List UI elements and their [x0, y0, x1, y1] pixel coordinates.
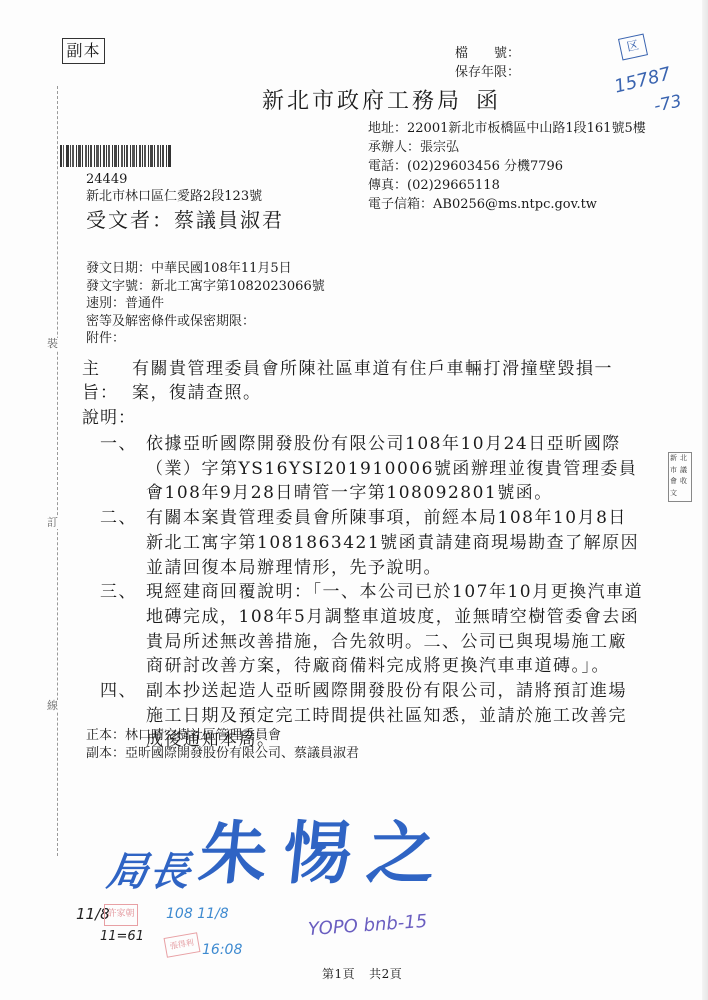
binding-mark-xian: 線: [47, 700, 58, 712]
item-number: 三、: [100, 580, 146, 679]
issue-date: 發文日期：中華民國108年11月5日: [86, 260, 325, 278]
handwritten-box-mark: 区: [618, 34, 648, 61]
retention-period-label: 保存年限：: [455, 63, 520, 82]
explanation-item: 三、 現經建商回覆說明：「一、本公司已於107年10月更換汽車道地磚完成，108…: [100, 580, 660, 679]
binding-line: [57, 86, 58, 856]
stamp-char: 市: [670, 466, 680, 478]
copy-mark-box: 副本: [62, 38, 105, 64]
phone-number: 電話：(02)29603456 分機7796: [368, 157, 646, 176]
page-number: 第1頁共2頁: [322, 965, 402, 982]
subject-label: 主旨：: [82, 357, 132, 405]
council-receipt-stamp: 新 北 市 議 會 收 文: [668, 452, 692, 502]
original-recipient: 正本：林口晴空樹社區管理委員會: [86, 727, 359, 745]
handwritten-time-2: 16:08: [202, 942, 242, 958]
binding-mark-zhuang: 裝: [47, 338, 58, 350]
scan-edge-shadow: [702, 0, 708, 1000]
handwritten-number: 15787: [612, 63, 673, 97]
distribution-list: 正本：林口晴空樹社區管理委員會 副本：亞昕國際開發股份有限公司、蔡議員淑君: [86, 727, 359, 763]
item-number: 一、: [100, 432, 146, 506]
explanation-item: 二、 有關本案貴管理委員會所陳事項，前經本局108年10月8日新北工寓字第108…: [100, 506, 660, 580]
recipient-zipcode: 24449: [86, 171, 127, 188]
copy-recipients: 副本：亞昕國際開發股份有限公司、蔡議員淑君: [86, 745, 359, 763]
signature-title: 局長: [104, 840, 196, 897]
handwritten-time-1: 11=61: [100, 929, 144, 944]
document-type: 函: [476, 89, 501, 114]
handwritten-note-top-right: 区 15787 -73: [588, 34, 698, 104]
item-number: 二、: [100, 506, 146, 580]
handwritten-suffix: -73: [652, 91, 683, 116]
attachments: 附件：: [86, 330, 325, 348]
subject-text: 有關貴管理委員會所陳社區車道有住戶車輛打滑撞壁毀損一案，復請查照。: [132, 357, 632, 405]
barcode: [60, 145, 222, 167]
stamp-char: 議: [680, 466, 690, 478]
email-address: 電子信箱：AB0256@ms.ntpc.gov.tw: [368, 195, 646, 214]
stamp-char: 會: [670, 477, 680, 489]
director-signature: 局長 朱惕之: [108, 800, 452, 897]
explanation-label: 說明：: [82, 406, 136, 430]
signature-name: 朱惕之: [195, 800, 457, 897]
handwritten-note-3: YOPO bnb-15: [307, 911, 427, 940]
stamp-char: 新: [670, 454, 680, 466]
binding-mark-ding: 訂: [47, 517, 58, 529]
item-text: 依據亞昕國際開發股份有限公司108年10月24日亞昕國際（業）字第YS16YSI…: [146, 432, 644, 506]
total-pages: 共2頁: [369, 967, 402, 981]
file-number-label: 檔 號：: [455, 44, 520, 63]
item-text: 有關本案貴管理委員會所陳事項，前經本局108年10月8日新北工寓字第108186…: [146, 506, 644, 580]
stamp-char: 收: [680, 477, 690, 489]
document-number: 發文字號：新北工寓字第1082023066號: [86, 278, 325, 296]
handwritten-date-2-text: 108 11/8: [166, 906, 242, 922]
page-title: 新北市政府工務局函: [262, 84, 501, 115]
recipient-name: 受文者：蔡議員淑君: [86, 207, 284, 233]
secrecy-level: 密等及解密條件或保密期限：: [86, 313, 325, 331]
stamp-char: 文: [670, 489, 680, 501]
recipient-address: 新北市林口區仁愛路2段123號: [86, 188, 262, 205]
handler-name: 承辦人：張宗弘: [368, 138, 646, 157]
agency-address: 地址：22001新北市板橋區中山路1段161號5樓: [368, 119, 646, 138]
document-meta: 發文日期：中華民國108年11月5日 發文字號：新北工寓字第1082023066…: [86, 260, 325, 348]
fax-number: 傳真：(02)29665118: [368, 176, 646, 195]
explanation-item: 一、 依據亞昕國際開發股份有限公司108年10月24日亞昕國際（業）字第YS16…: [100, 432, 660, 506]
delivery-speed: 速別：普通件: [86, 295, 325, 313]
explanation-list: 一、 依據亞昕國際開發股份有限公司108年10月24日亞昕國際（業）字第YS16…: [100, 432, 660, 753]
official-letter-page: 副本 裝 訂 線 檔 號： 保存年限： 区 15787 -73 新北市政府工務局…: [0, 0, 708, 1000]
stamp-char: 北: [680, 454, 690, 466]
subject-section: 主旨： 有關貴管理委員會所陳社區車道有住戶車輛打滑撞壁毀損一案，復請查照。: [82, 357, 652, 405]
item-text: 現經建商回覆說明：「一、本公司已於107年10月更換汽車道地磚完成，108年5月…: [146, 580, 644, 679]
file-meta: 檔 號： 保存年限：: [455, 44, 520, 82]
agency-name: 新北市政府工務局: [262, 89, 462, 114]
current-page: 第1頁: [322, 967, 355, 981]
red-seal-stamp-1: 許家朝: [104, 904, 138, 926]
contact-info: 地址：22001新北市板橋區中山路1段161號5樓 承辦人：張宗弘 電話：(02…: [368, 119, 646, 214]
